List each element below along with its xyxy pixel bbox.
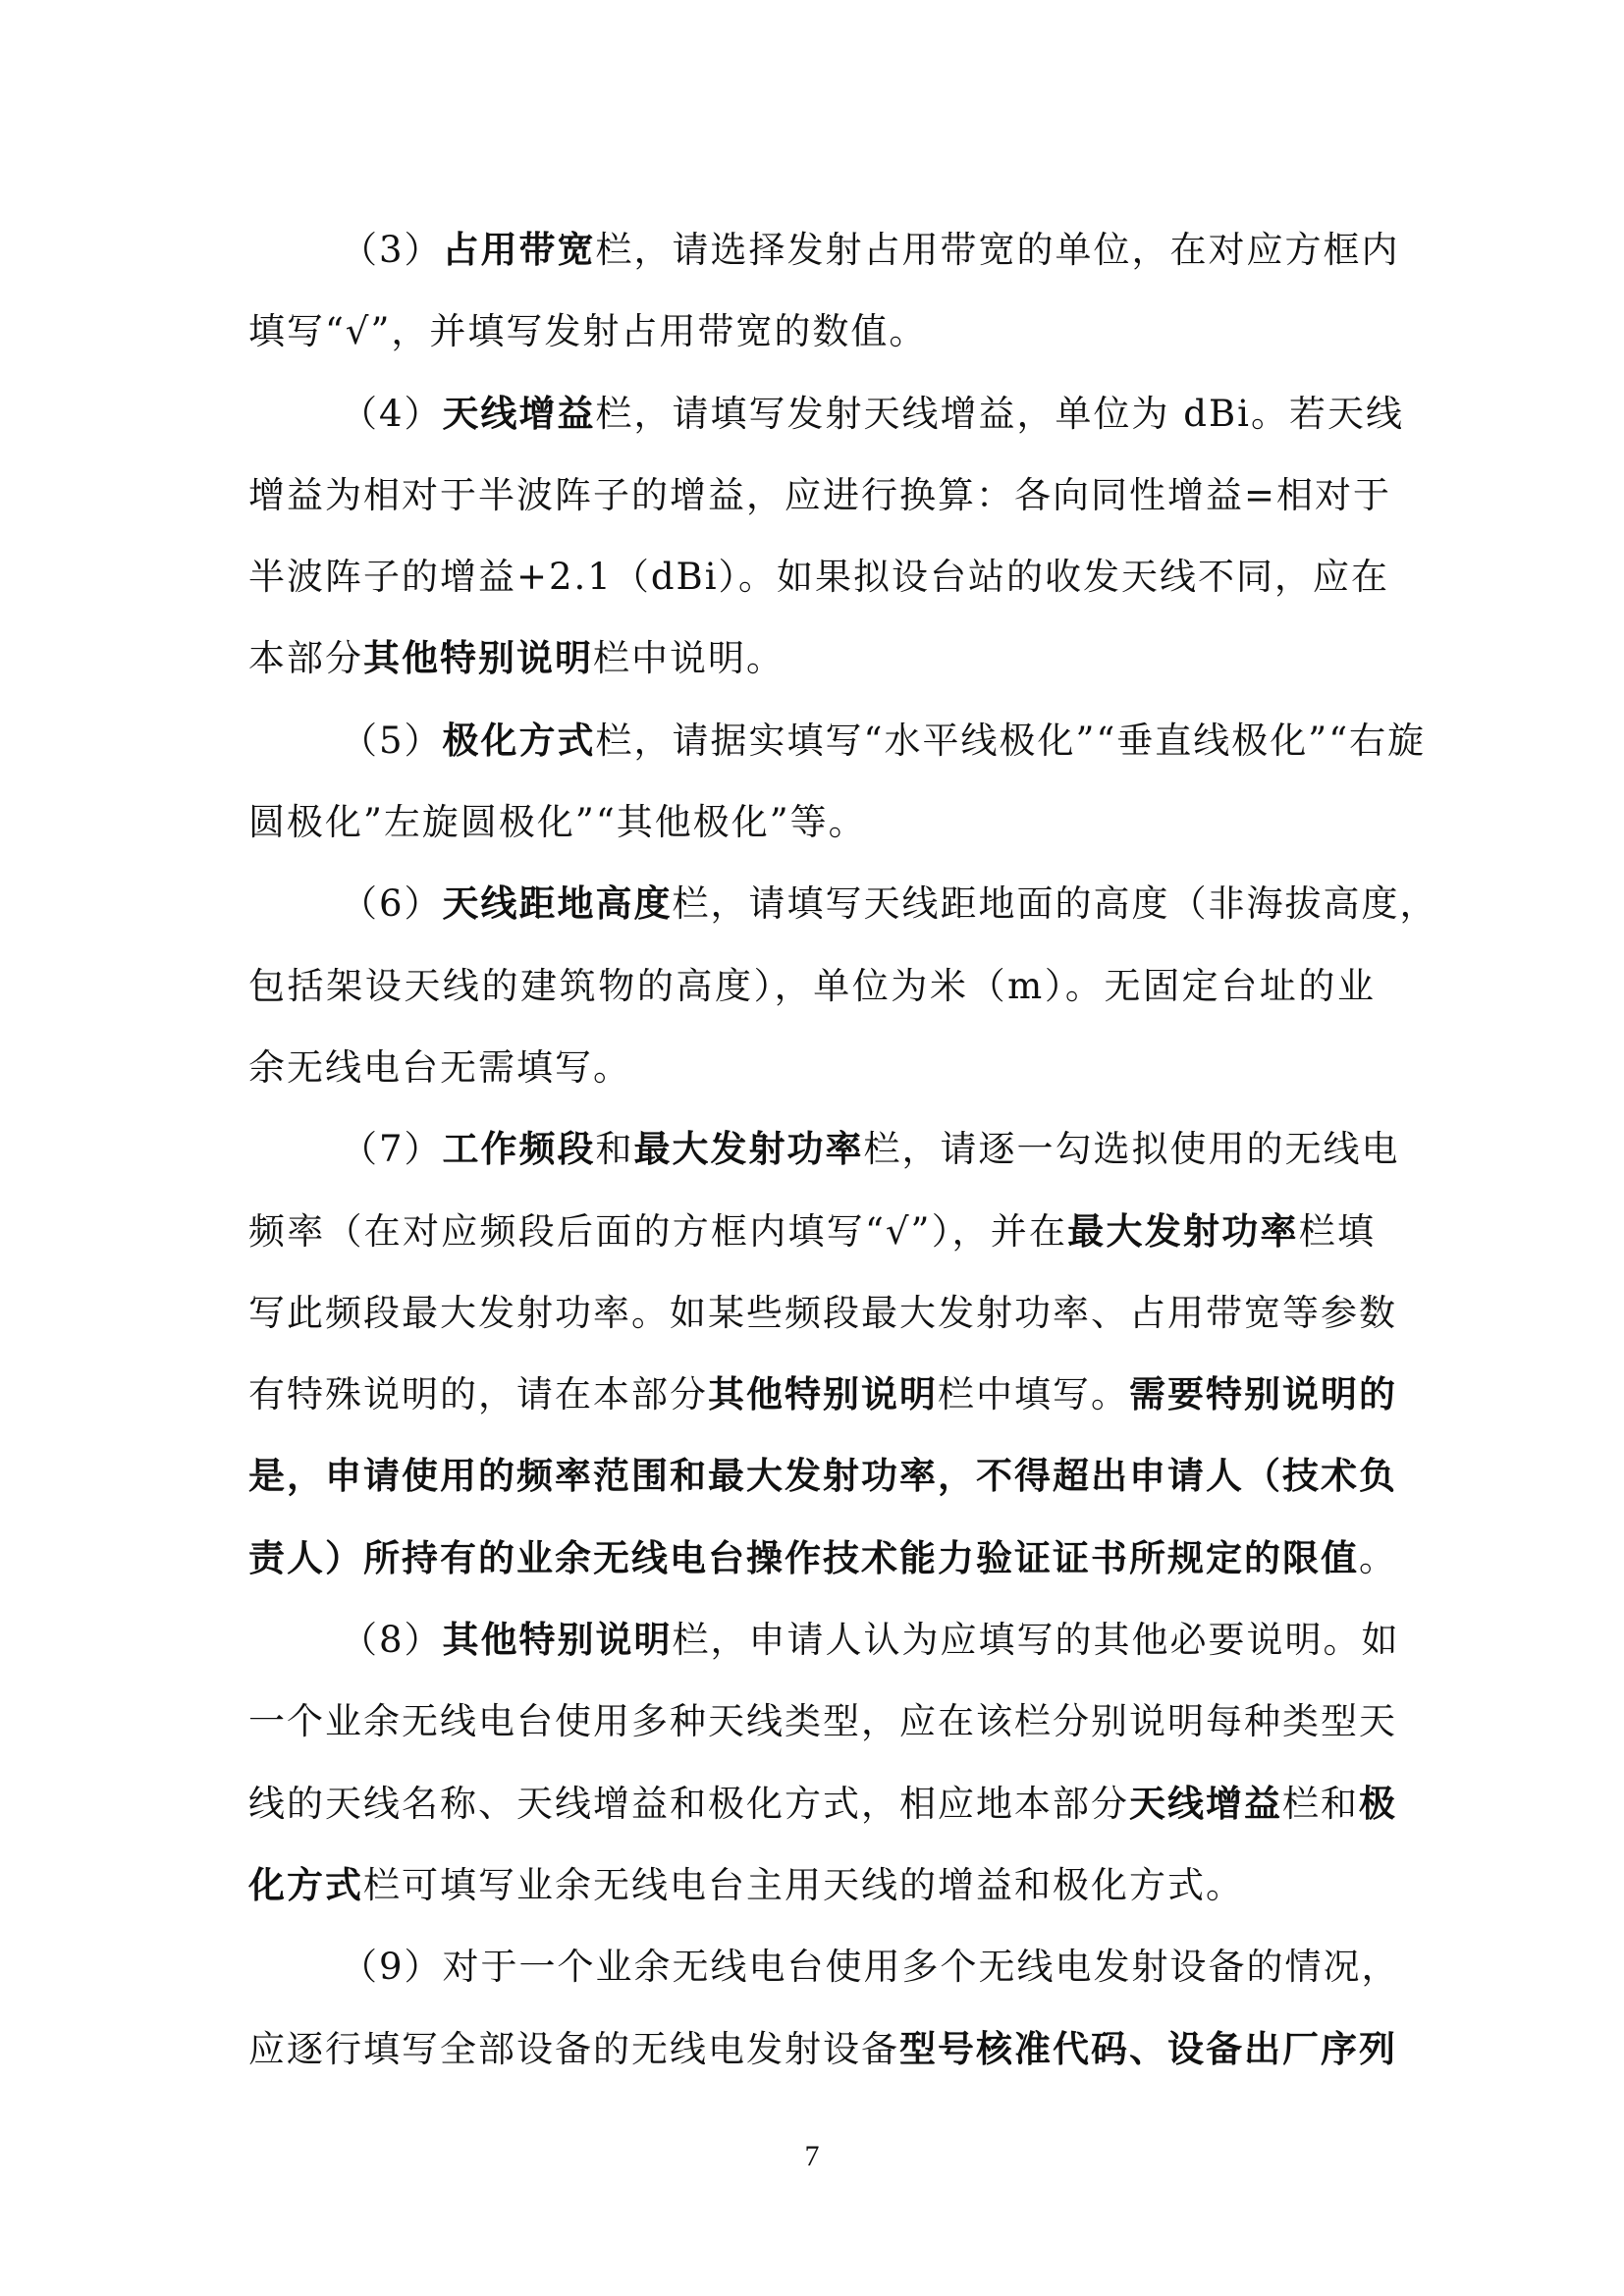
text-run: （8） [341, 1619, 443, 1661]
text-run: 圆极化”左旋圆极化”“其他极化”等。 [248, 801, 867, 843]
text-line: 一个业余无线电台使用多种天线类型，应在该栏分别说明每种类型天 [248, 1681, 1376, 1762]
paragraph-item-3: （3）占用带宽栏，请选择发射占用带宽的单位，在对应方框内填写“√”，并填写发射占… [248, 209, 1376, 373]
paragraph-item-6: （6）天线距地高度栏，请填写天线距地面的高度（非海拔高度，包括架设天线的建筑物的… [248, 863, 1376, 1108]
text-run: （9）对于一个业余无线电台使用多个无线电发射设备的情况， [341, 1946, 1400, 1988]
text-run: 。 [1359, 1537, 1397, 1579]
text-run: 栏中填写。 [938, 1373, 1129, 1415]
text-run: 应逐行填写全部设备的无线电发射设备 [248, 2028, 899, 2070]
text-line: （3）占用带宽栏，请选择发射占用带宽的单位，在对应方框内 [248, 209, 1376, 291]
text-line: 填写“√”，并填写发射占用带宽的数值。 [248, 291, 1376, 372]
bold-field-name: 极 [1359, 1783, 1397, 1825]
text-line: 圆极化”左旋圆极化”“其他极化”等。 [248, 781, 1376, 863]
text-run: 包括架设天线的建筑物的高度），单位为米（m）。无固定台址的业 [248, 965, 1376, 1007]
text-line: 本部分其他特别说明栏中说明。 [248, 617, 1376, 699]
paragraph-item-8: （8）其他特别说明栏，申请人认为应填写的其他必要说明。如一个业余无线电台使用多种… [248, 1599, 1376, 1926]
bold-field-name: 天线增益 [443, 393, 596, 435]
text-run: 本部分 [248, 637, 363, 679]
text-line: 频率（在对应频段后面的方框内填写“√”），并在最大发射功率栏填 [248, 1191, 1376, 1272]
text-run: 栏可填写业余无线电台主用天线的增益和极化方式。 [363, 1864, 1244, 1906]
text-run: （4） [341, 393, 443, 435]
paragraph-item-9: （9）对于一个业余无线电台使用多个无线电发射设备的情况，应逐行填写全部设备的无线… [248, 1926, 1376, 2090]
bold-field-name: 化方式 [248, 1864, 363, 1906]
text-line: 应逐行填写全部设备的无线电发射设备型号核准代码、设备出厂序列 [248, 2008, 1376, 2090]
text-run: 栏填 [1299, 1210, 1376, 1253]
bold-field-name: 工作频段 [443, 1128, 596, 1170]
document-body: （3）占用带宽栏，请选择发射占用带宽的单位，在对应方框内填写“√”，并填写发射占… [248, 209, 1376, 2090]
bold-field-name: 占用带宽 [443, 229, 596, 271]
text-run: 增益为相对于半波阵子的增益，应进行换算：各向同性增益=相对于 [248, 474, 1391, 516]
bold-field-name: 需要特别说明的 [1129, 1373, 1397, 1415]
text-run: （5） [341, 720, 443, 762]
text-line: （9）对于一个业余无线电台使用多个无线电发射设备的情况， [248, 1926, 1376, 2007]
bold-field-name: 天线距地高度 [443, 882, 673, 925]
bold-field-name: 是，申请使用的频率范围和最大发射功率，不得超出申请人（技术负 [248, 1455, 1397, 1497]
text-run: 栏，请填写发射天线增益，单位为 dBi。若天线 [596, 393, 1404, 435]
text-run: 栏，请选择发射占用带宽的单位，在对应方框内 [596, 229, 1400, 271]
text-run: 余无线电台无需填写。 [248, 1046, 631, 1089]
bold-field-name: 责人）所持有的业余无线电台操作技术能力验证证书所规定的限值 [248, 1537, 1359, 1579]
bold-field-name: 天线增益 [1129, 1783, 1282, 1825]
bold-field-name: 其他特别说明 [708, 1373, 938, 1415]
text-line: 余无线电台无需填写。 [248, 1027, 1376, 1108]
text-line: 有特殊说明的，请在本部分其他特别说明栏中填写。需要特别说明的 [248, 1354, 1376, 1435]
bold-field-name: 最大发射功率 [634, 1128, 864, 1170]
bold-field-name: 最大发射功率 [1067, 1210, 1299, 1253]
text-line: 半波阵子的增益+2.1（dBi）。如果拟设台站的收发天线不同，应在 [248, 536, 1376, 617]
text-run: 一个业余无线电台使用多种天线类型，应在该栏分别说明每种类型天 [248, 1700, 1397, 1742]
text-run: 栏，申请人认为应填写的其他必要说明。如 [673, 1619, 1400, 1661]
text-line: 责人）所持有的业余无线电台操作技术能力验证证书所规定的限值。 [248, 1518, 1376, 1599]
text-run: 有特殊说明的，请在本部分 [248, 1373, 708, 1415]
text-line: 是，申请使用的频率范围和最大发射功率，不得超出申请人（技术负 [248, 1435, 1376, 1517]
paragraph-item-7: （7）工作频段和最大发射功率栏，请逐一勾选拟使用的无线电频率（在对应频段后面的方… [248, 1108, 1376, 1599]
text-run: 栏中说明。 [593, 637, 785, 679]
bold-field-name: 型号核准代码、设备出厂序列 [899, 2028, 1397, 2070]
text-run: 半波阵子的增益+2.1（dBi）。如果拟设台站的收发天线不同，应在 [248, 556, 1389, 598]
text-line: 包括架设天线的建筑物的高度），单位为米（m）。无固定台址的业 [248, 945, 1376, 1027]
text-run: 栏，请填写天线距地面的高度（非海拔高度， [673, 882, 1438, 925]
paragraph-item-4: （4）天线增益栏，请填写发射天线增益，单位为 dBi。若天线增益为相对于半波阵子… [248, 373, 1376, 700]
text-line: （7）工作频段和最大发射功率栏，请逐一勾选拟使用的无线电 [248, 1108, 1376, 1190]
bold-field-name: 其他特别说明 [443, 1619, 673, 1661]
text-line: 写此频段最大发射功率。如某些频段最大发射功率、占用带宽等参数 [248, 1272, 1376, 1354]
text-run: 频率（在对应频段后面的方框内填写“√”），并在 [248, 1210, 1067, 1253]
text-run: 填写“√”，并填写发射占用带宽的数值。 [248, 310, 927, 352]
text-run: 写此频段最大发射功率。如某些频段最大发射功率、占用带宽等参数 [248, 1292, 1397, 1334]
text-run: 栏和 [1282, 1783, 1359, 1825]
text-line: （8）其他特别说明栏，申请人认为应填写的其他必要说明。如 [248, 1599, 1376, 1681]
text-line: 化方式栏可填写业余无线电台主用天线的增益和极化方式。 [248, 1844, 1376, 1926]
text-run: （7） [341, 1128, 443, 1170]
text-line: （6）天线距地高度栏，请填写天线距地面的高度（非海拔高度， [248, 863, 1376, 944]
page-number: 7 [0, 2140, 1624, 2173]
text-line: 线的天线名称、天线增益和极化方式，相应地本部分天线增益栏和极 [248, 1763, 1376, 1844]
text-run: （3） [341, 229, 443, 271]
text-line: （4）天线增益栏，请填写发射天线增益，单位为 dBi。若天线 [248, 373, 1376, 454]
bold-field-name: 极化方式 [443, 720, 596, 762]
text-run: 栏，请逐一勾选拟使用的无线电 [864, 1128, 1400, 1170]
text-line: （5）极化方式栏，请据实填写“水平线极化”“垂直线极化”“右旋 [248, 700, 1376, 781]
paragraph-item-5: （5）极化方式栏，请据实填写“水平线极化”“垂直线极化”“右旋圆极化”左旋圆极化… [248, 700, 1376, 864]
text-run: 线的天线名称、天线增益和极化方式，相应地本部分 [248, 1783, 1129, 1825]
text-run: （6） [341, 882, 443, 925]
text-line: 增益为相对于半波阵子的增益，应进行换算：各向同性增益=相对于 [248, 454, 1376, 536]
text-run: 栏，请据实填写“水平线极化”“垂直线极化”“右旋 [596, 720, 1427, 762]
bold-field-name: 其他特别说明 [363, 637, 593, 679]
text-run: 和 [596, 1128, 634, 1170]
